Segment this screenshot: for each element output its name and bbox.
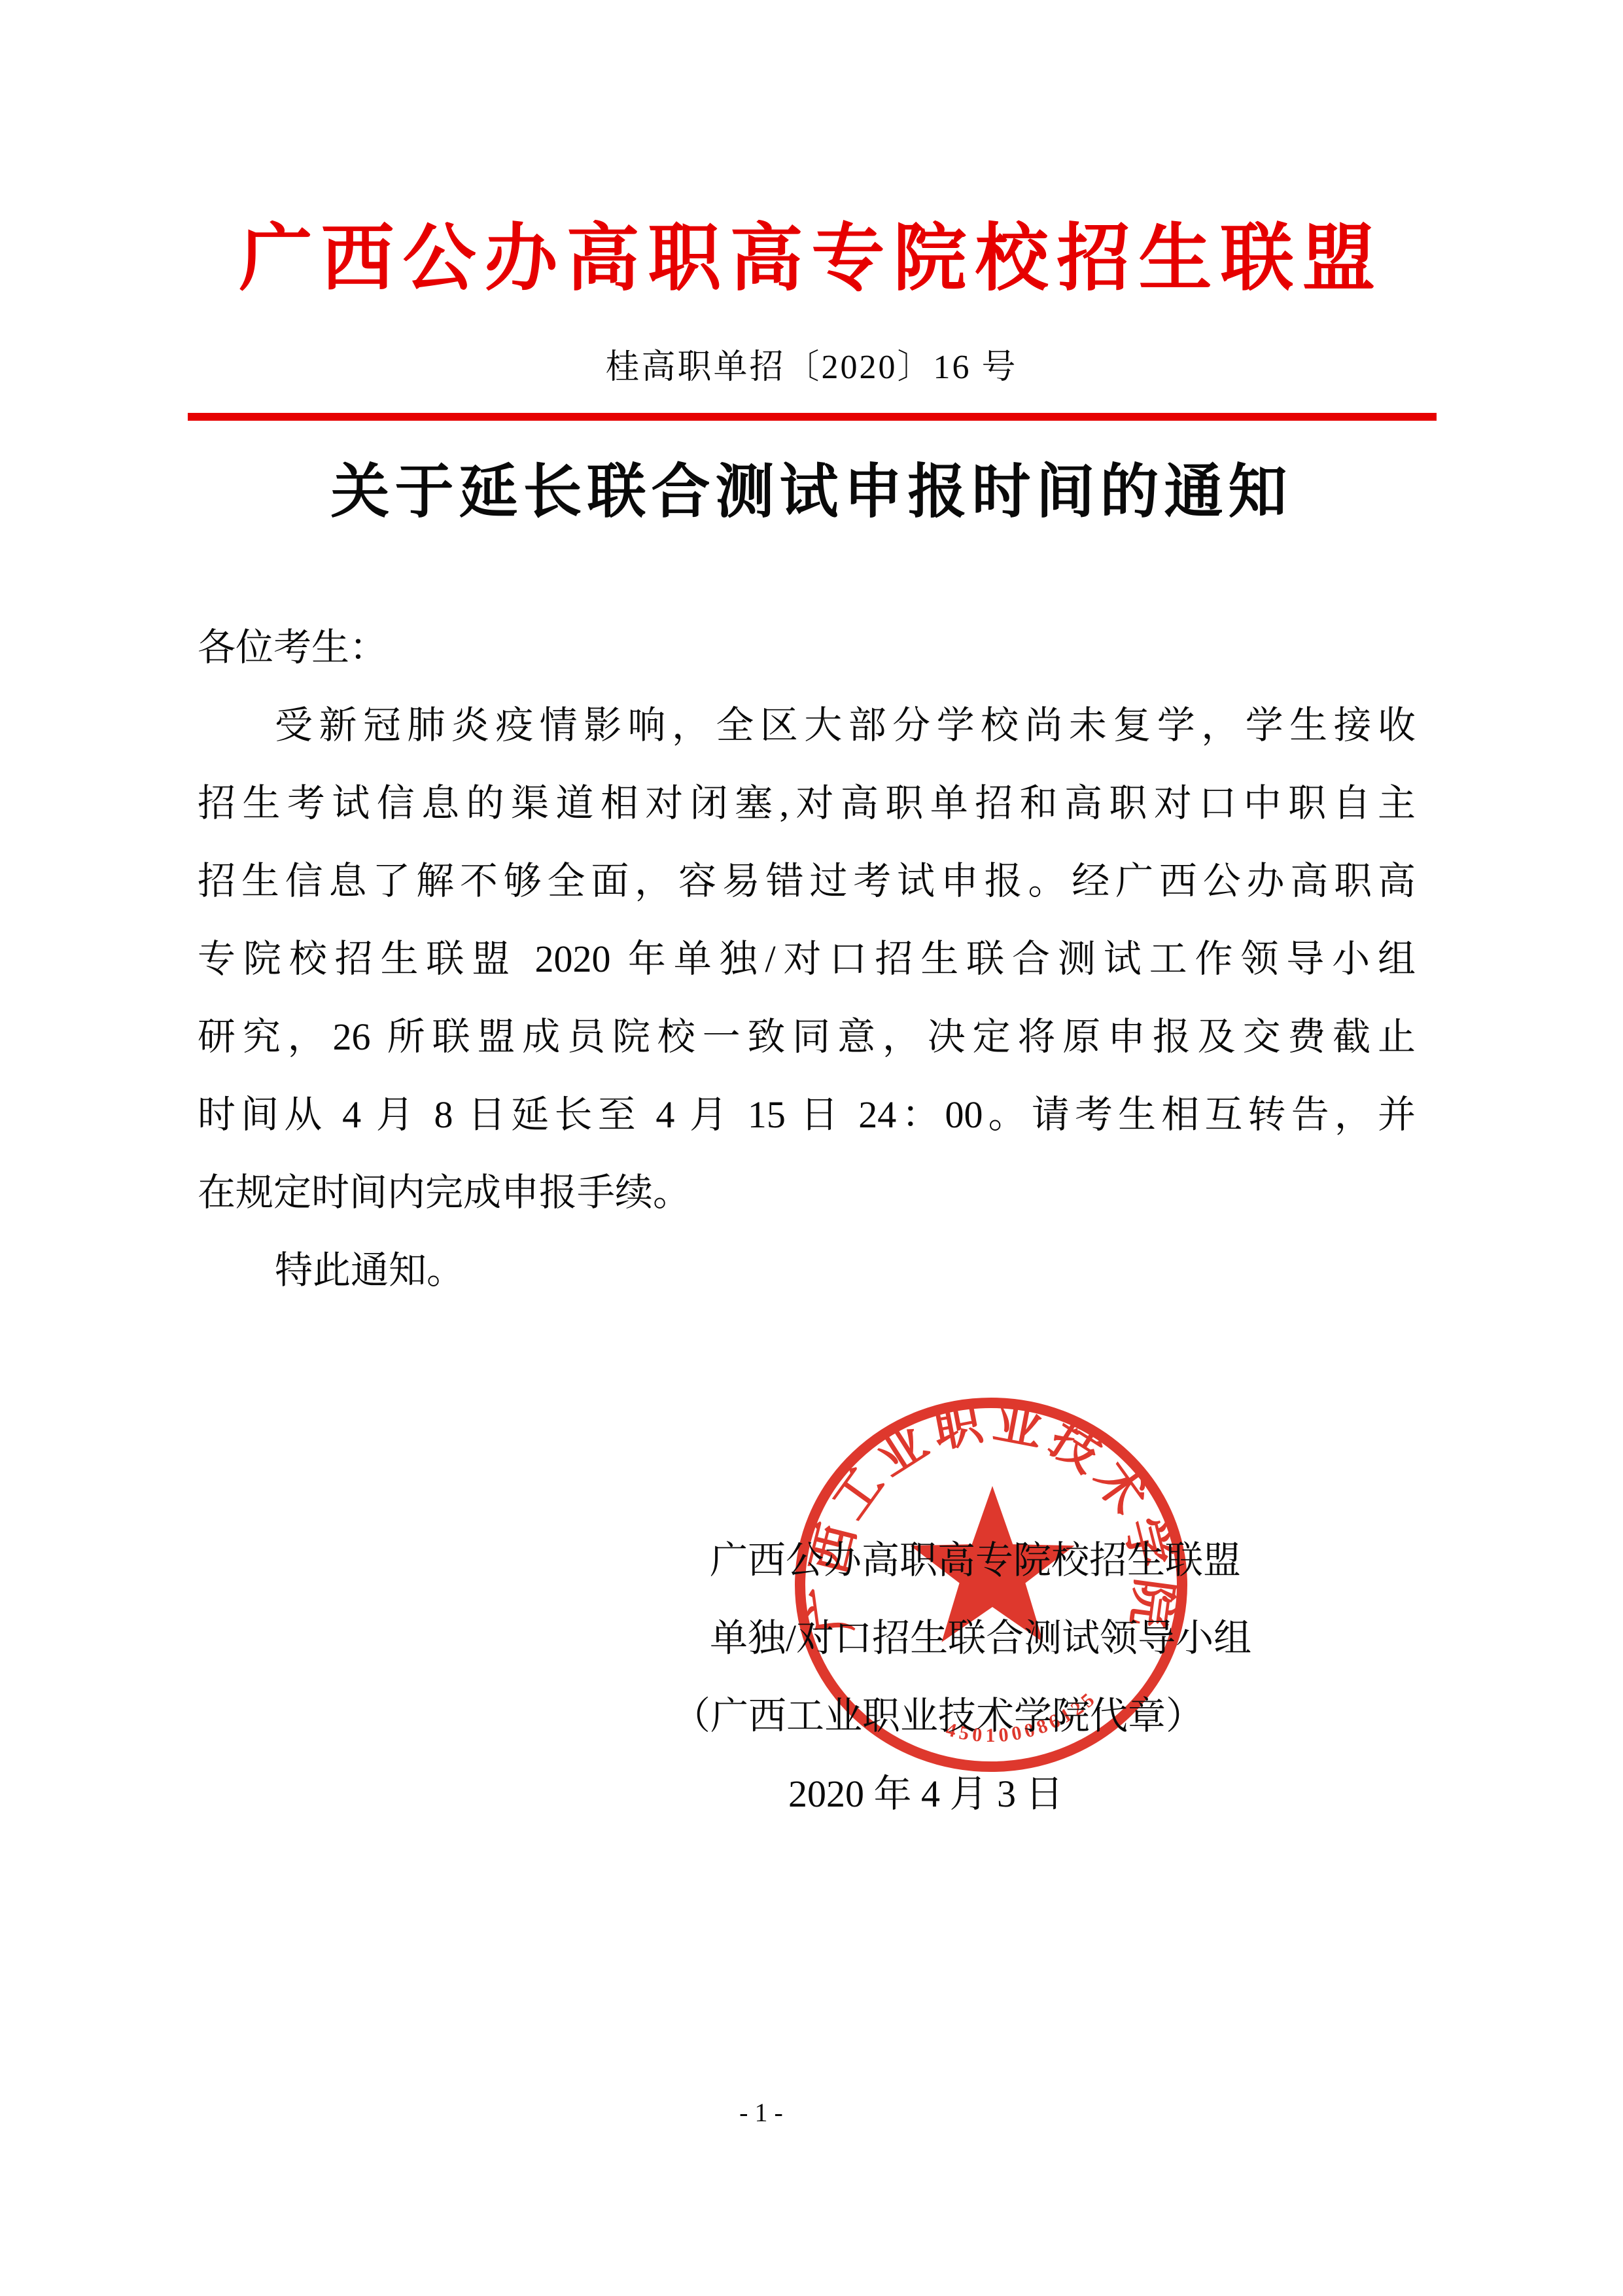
body-line: 专院校招生联盟 2020 年单独/对口招生联合测试工作领导小组: [198, 920, 1416, 998]
body-line: 受新冠肺炎疫情影响，全区大部分学校尚未复学，学生接收: [198, 686, 1416, 764]
red-divider-rule: [188, 413, 1437, 421]
document-number: 桂高职单招〔2020〕16 号: [0, 339, 1623, 388]
body-line: 招生考试信息的渠道相对闭塞,对高职单招和高职对口中职自主: [198, 764, 1416, 842]
closing-line: 特此通知。: [198, 1231, 1416, 1309]
page-number: - 1 -: [0, 2097, 1522, 2128]
body-line: 在规定时间内完成申报手续。: [198, 1154, 1416, 1231]
body-line: 招生信息了解不够全面，容易错过考试申报。经广西公办高职高: [198, 842, 1416, 920]
notice-page: 广西公办高职高专院校招生联盟 桂高职单招〔2020〕16 号 关于延长联合测试申…: [0, 0, 1623, 2296]
body-text: 各位考生： 受新冠肺炎疫情影响，全区大部分学校尚未复学，学生接收 招生考试信息的…: [198, 609, 1416, 1309]
masthead-title: 广西公办高职高专院校招生联盟: [0, 200, 1623, 305]
signature-date: 2020 年 4 月 3 日: [710, 1755, 1251, 1833]
signature-org-line: 单独/对口招生联合测试领导小组: [710, 1599, 1251, 1677]
signature-block: 广西公办高职高专院校招生联盟 单独/对口招生联合测试领导小组 （广西工业职业技术…: [710, 1521, 1251, 1833]
notice-title: 关于延长联合测试申报时间的通知: [0, 444, 1623, 529]
signature-org-line: （广西工业职业技术学院代章）: [672, 1677, 1251, 1755]
body-line: 研究，26 所联盟成员院校一致同意，决定将原申报及交费截止: [198, 998, 1416, 1076]
body-line: 时间从 4 月 8 日延长至 4 月 15 日 24：00。请考生相互转告，并: [198, 1076, 1416, 1154]
signature-org-line: 广西公办高职高专院校招生联盟: [710, 1521, 1251, 1599]
salutation-line: 各位考生：: [198, 609, 1416, 686]
